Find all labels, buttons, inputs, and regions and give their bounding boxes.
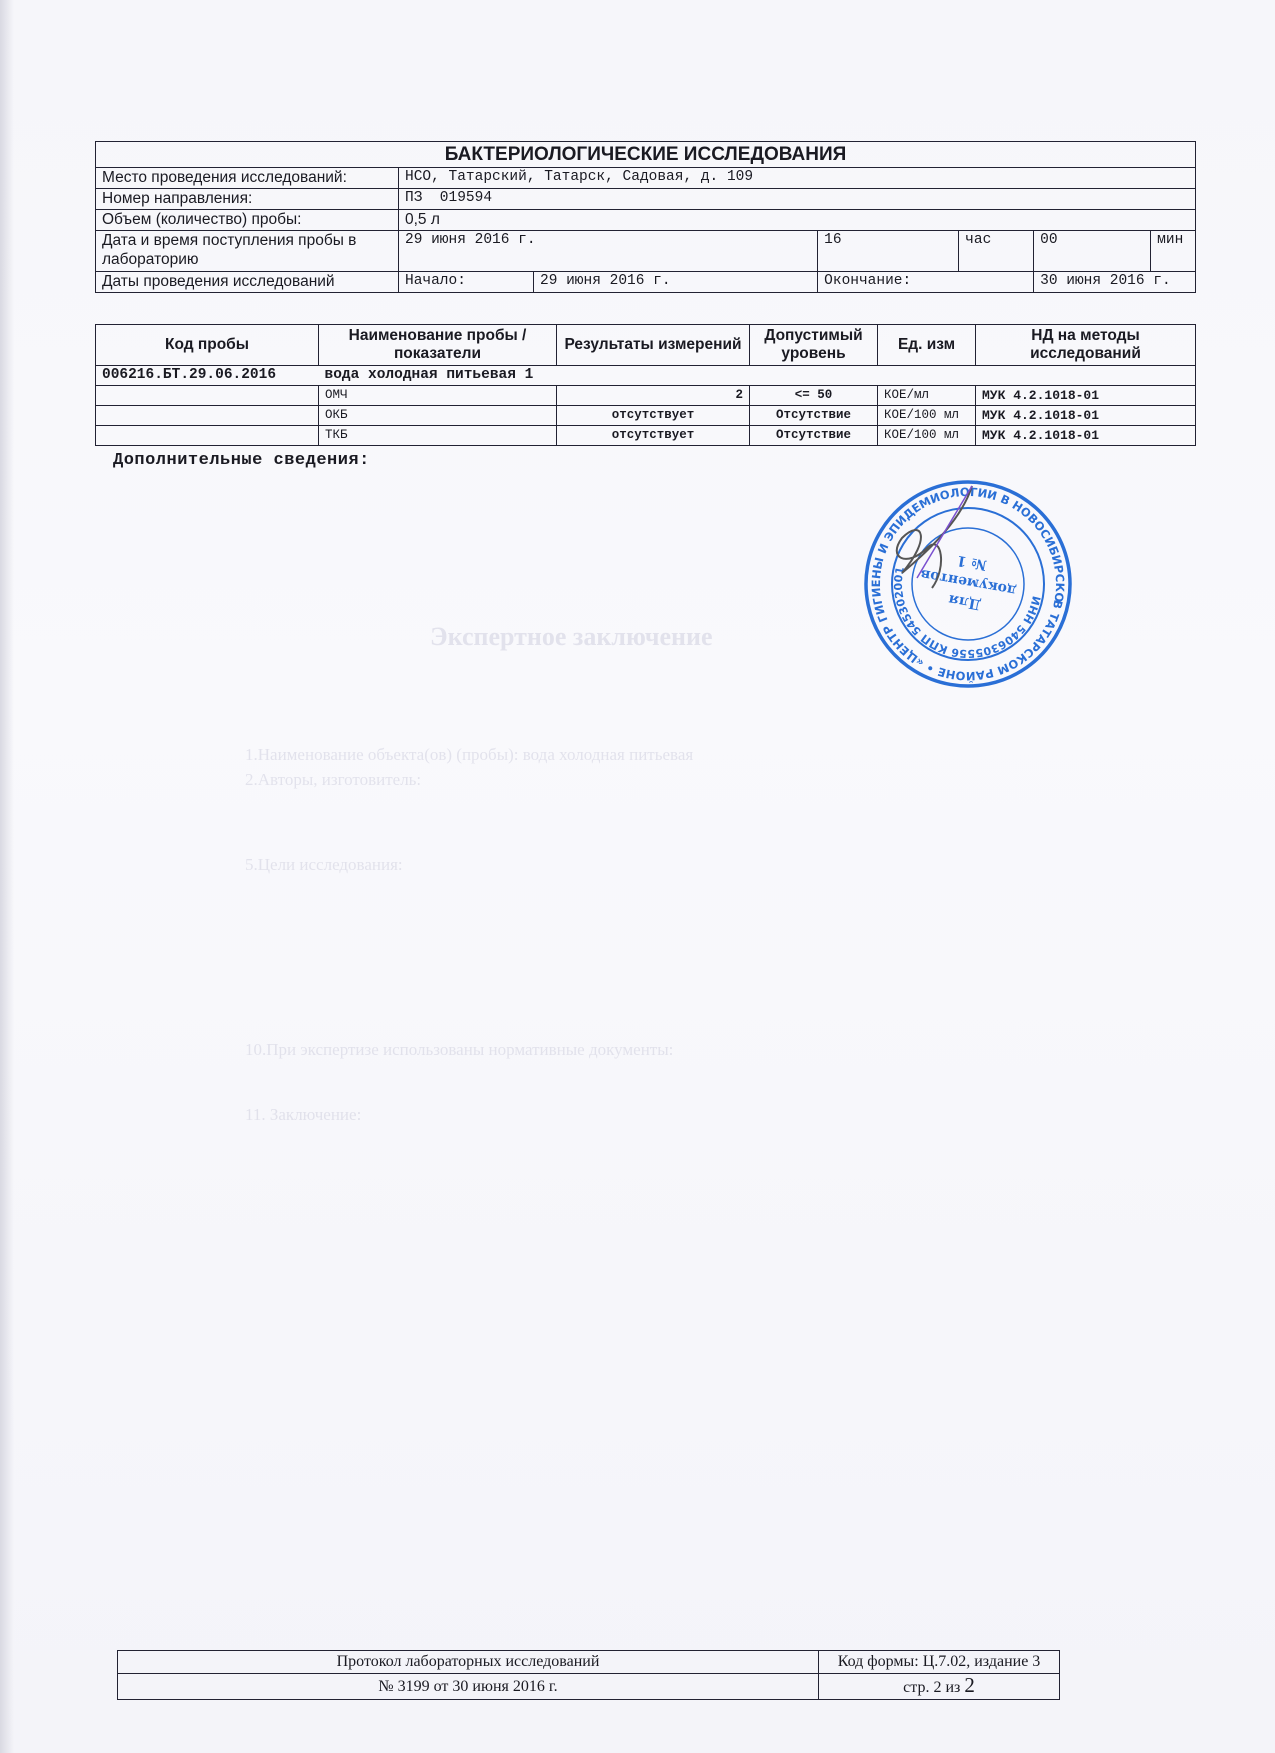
hour-unit: час [959, 231, 1034, 272]
result-value: отсутствует [557, 426, 750, 446]
sample-name: вода холодная питьевая 1 [319, 366, 1196, 386]
header-name: Наименование пробы / показатели [319, 325, 557, 366]
header-method: НД на методы исследований [976, 325, 1196, 366]
additional-info-label: Дополнительные сведения: [113, 451, 370, 470]
header-result: Результаты измерений [557, 325, 750, 366]
page-total: 2 [964, 1673, 975, 1697]
limit-value: Отсутствие [750, 406, 878, 426]
indicator: ОКБ [319, 406, 557, 426]
table-row: ТКБ отсутствует Отсутствие КОЕ/100 мл МУ… [96, 426, 1196, 446]
form-code: Код формы: Ц.7.02, издание 3 [819, 1651, 1060, 1674]
header-code: Код пробы [96, 325, 319, 366]
arrival-date: 29 июня 2016 г. [399, 231, 818, 272]
place-label: Место проведения исследований: [96, 168, 399, 189]
table-row: ОКБ отсутствует Отсутствие КОЕ/100 мл МУ… [96, 406, 1196, 426]
place-value: НСО, Татарский, Татарск, Садовая, д. 109 [399, 168, 1196, 189]
ghost-text-line: 10.При экспертизе использованы нормативн… [245, 1040, 673, 1060]
footer-table: Протокол лабораторных исследований Код ф… [117, 1650, 1060, 1700]
arrival-label: Дата и время поступления пробы в лаборат… [96, 231, 399, 272]
ghost-text-line: 11. Заключение: [245, 1105, 361, 1125]
table-row: ОМЧ 2 <= 50 КОЕ/мл МУК 4.2.1018-01 [96, 386, 1196, 406]
protocol-title: Протокол лабораторных исследований [118, 1651, 819, 1674]
ghost-text-line: 1.Наименование объекта(ов) (пробы): вода… [245, 745, 693, 765]
method-value: МУК 4.2.1018-01 [976, 426, 1196, 446]
referral-label: Номер направления: [96, 189, 399, 210]
result-value: отсутствует [557, 406, 750, 426]
protocol-number: № 3199 от 30 июня 2016 г. [118, 1674, 819, 1700]
minute-unit: мин [1151, 231, 1196, 272]
indicator: ОМЧ [319, 386, 557, 406]
svg-text:№ 1: № 1 [956, 552, 988, 573]
result-value: 2 [557, 386, 750, 406]
volume-value: 0,5 л [399, 210, 1196, 231]
sample-row: 006216.БТ.29.06.2016 вода холодная питье… [96, 366, 1196, 386]
end-date: 30 июня 2016 г. [1034, 272, 1196, 293]
end-label: Окончание: [818, 272, 1034, 293]
sample-code: 006216.БТ.29.06.2016 [96, 366, 319, 386]
start-label: Начало: [399, 272, 534, 293]
indicator: ТКБ [319, 426, 557, 446]
arrival-minute: 00 [1034, 231, 1151, 272]
unit-value: КОЕ/100 мл [878, 406, 976, 426]
page-edge-shadow [0, 0, 14, 1753]
referral-value: ПЗ 019594 [399, 189, 1196, 210]
header-unit: Ед. изм [878, 325, 976, 366]
limit-value: <= 50 [750, 386, 878, 406]
results-table: Код пробы Наименование пробы / показател… [95, 324, 1196, 446]
page-number: стр. 2 из 2 [819, 1674, 1060, 1700]
unit-value: КОЕ/100 мл [878, 426, 976, 446]
section-title: БАКТЕРИОЛОГИЧЕСКИЕ ИССЛЕДОВАНИЯ [96, 142, 1196, 168]
svg-text:Для: Для [947, 591, 982, 612]
unit-value: КОЕ/мл [878, 386, 976, 406]
dates-label: Даты проведения исследований [96, 272, 399, 293]
official-stamp: В ТАТАРСКОМ РАЙОНЕ • «ЦЕНТР ГИГИЕНЫ И ЭП… [862, 478, 1074, 690]
ghost-text-line: 5.Цели исследования: [245, 855, 403, 875]
start-date: 29 июня 2016 г. [534, 272, 818, 293]
method-value: МУК 4.2.1018-01 [976, 406, 1196, 426]
page-prefix: стр. 2 из [903, 1679, 964, 1696]
limit-value: Отсутствие [750, 426, 878, 446]
research-info-table: БАКТЕРИОЛОГИЧЕСКИЕ ИССЛЕДОВАНИЯ Место пр… [95, 141, 1196, 293]
method-value: МУК 4.2.1018-01 [976, 386, 1196, 406]
volume-label: Объем (количество) пробы: [96, 210, 399, 231]
ghost-text-line: 2.Авторы, изготовитель: [245, 770, 421, 790]
ghost-text-title: Экспертное заключение [430, 622, 713, 652]
arrival-hour: 16 [818, 231, 959, 272]
header-limit: Допустимый уровень [750, 325, 878, 366]
